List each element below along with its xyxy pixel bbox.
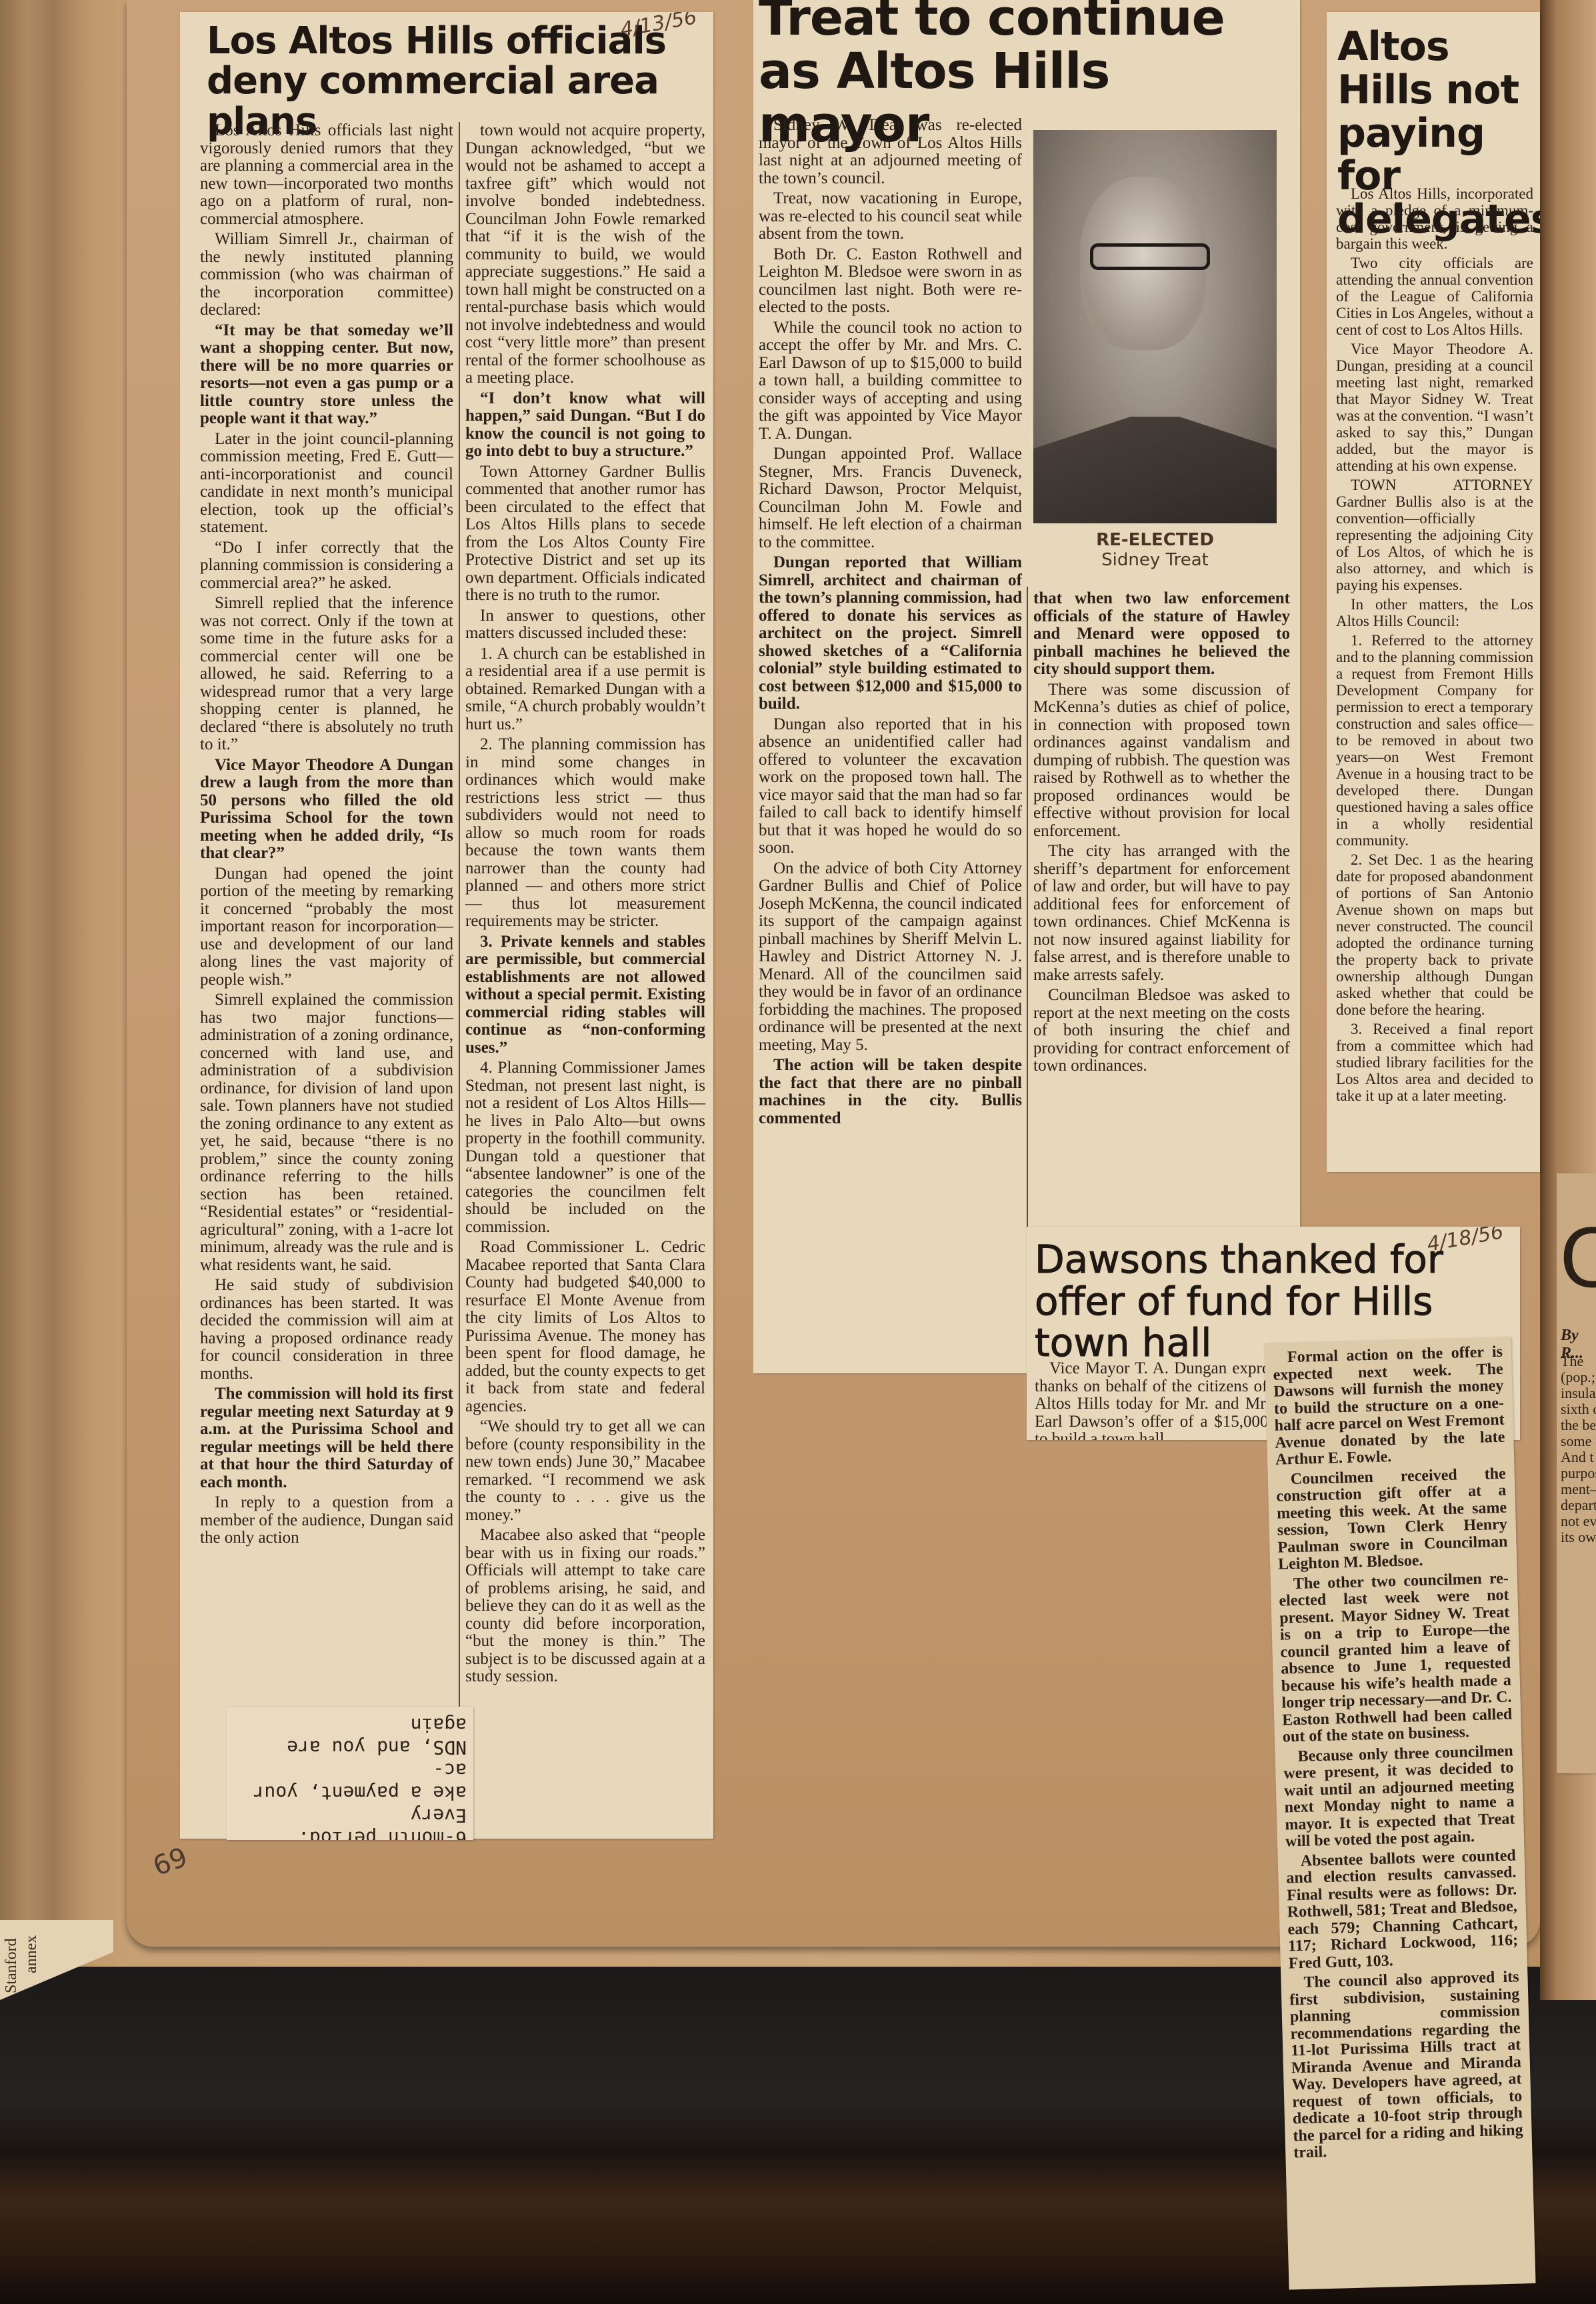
article-column-1: Sidney W. Treat was re-elected mayor of … xyxy=(759,117,1022,1130)
upside-down-ad-text: ...ould pay $20 in April, · · and $20 ea… xyxy=(233,1713,467,1840)
article-column-2: town would not acquire property, Dungan … xyxy=(465,122,705,1689)
photo-coat xyxy=(1033,417,1277,523)
column-rule xyxy=(459,122,460,1822)
initial-letter: C xyxy=(1559,1213,1596,1306)
caption-title: RE-ELECTED xyxy=(1033,530,1277,550)
partial-lines: The (pop.; a insula's sixth c the be som… xyxy=(1561,1353,1596,1545)
left-fragment-word: annex xyxy=(23,1935,41,1973)
clipping-dawsons-continued: Formal action on the offer is expected n… xyxy=(1264,1337,1535,2289)
article-column-1: Los Altos Hills officials last night vig… xyxy=(200,122,453,1550)
caption-name: Sidney Treat xyxy=(1033,550,1277,570)
clipping-commercial-area: Los Altos Hills officials deny commercia… xyxy=(180,12,713,1839)
clipping-delegates: Altos Hills not paying for delegates Los… xyxy=(1327,12,1540,1172)
clipping-treat-mayor: Treat to continue as Altos Hills mayor S… xyxy=(753,0,1300,1373)
photo-glasses xyxy=(1090,243,1210,270)
article-body: Los Altos Hills, incorporated with a ple… xyxy=(1336,185,1533,1107)
left-fragment-word: Stanford xyxy=(3,1938,21,1993)
article-column-1: Vice Mayor T. A. Dungan expressed thanks… xyxy=(1035,1360,1298,1440)
photo-sidney-treat xyxy=(1033,130,1277,523)
photo-caption: RE-ELECTED Sidney Treat xyxy=(1033,530,1277,570)
clipping-facing-page-partial: C By R... The (pop.; a insula's sixth c … xyxy=(1557,1173,1596,1773)
article-column-2: that when two law enforcement officials … xyxy=(1033,590,1290,1078)
article-column-2: Formal action on the offer is expected n… xyxy=(1273,1344,1524,2165)
upside-down-ad-fragment: ...ould pay $20 in April, · · and $20 ea… xyxy=(227,1707,473,1840)
